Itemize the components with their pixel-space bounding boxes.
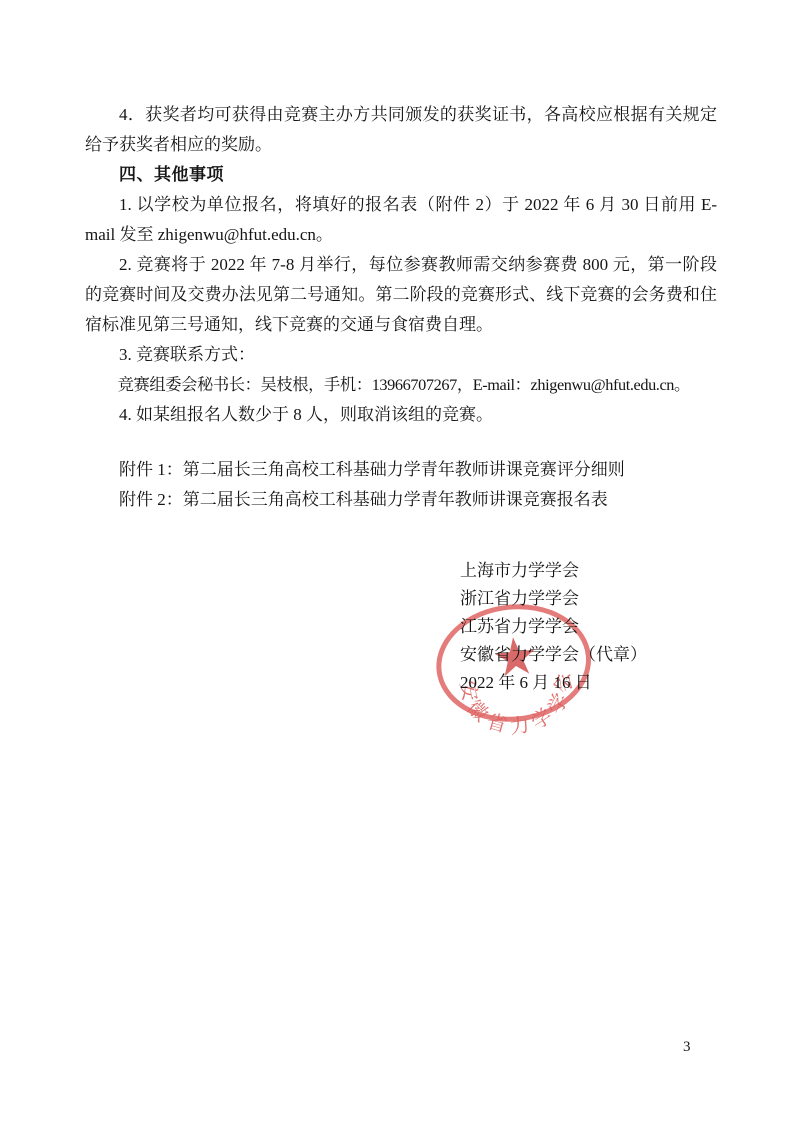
paragraph-awards: 4．获奖者均可获得由竞赛主办方共同颁发的获奖证书，各高校应根据有关规定给予获奖者… — [85, 100, 717, 160]
paragraph-item1-registration: 1. 以学校为单位报名，将填好的报名表（附件 2）于 2022 年 6 月 30… — [85, 190, 717, 250]
page-number: 3 — [683, 1037, 691, 1057]
signature-date: 2022 年 6 月 16 日 — [460, 669, 647, 697]
signature-line-jiangsu: 江苏省力学学会 — [460, 613, 647, 641]
paragraph-item4-cancellation: 4. 如某组报名人数少于 8 人，则取消该组的竞赛。 — [85, 400, 717, 430]
paragraph-item2-schedule-fees: 2. 竞赛将于 2022 年 7-8 月举行，每位参赛教师需交纳参赛费 800 … — [85, 250, 717, 340]
section-heading-other-matters: 四、其他事项 — [85, 160, 717, 190]
attachment-1-label: 附件 1：第二届长三角高校工科基础力学青年教师讲课竞赛评分细则 — [85, 455, 717, 485]
signature-line-shanghai: 上海市力学学会 — [460, 557, 647, 585]
document-page: 4．获奖者均可获得由竞赛主办方共同颁发的获奖证书，各高校应根据有关规定给予获奖者… — [0, 0, 794, 1123]
paragraph-item3-contact-heading: 3. 竞赛联系方式： — [85, 340, 717, 370]
attachment-2-label: 附件 2：第二届长三角高校工科基础力学青年教师讲课竞赛报名表 — [85, 485, 717, 515]
paragraph-contact-info: 竞赛组委会秘书长：吴枝根，手机：13966707267，E-mail：zhige… — [85, 370, 717, 400]
signature-line-zhejiang: 浙江省力学学会 — [460, 585, 647, 613]
signature-block: 上海市力学学会 浙江省力学学会 江苏省力学学会 安徽省力学学会（代章） 2022… — [460, 557, 647, 697]
signature-line-anhui: 安徽省力学学会（代章） — [460, 641, 647, 669]
document-content: 4．获奖者均可获得由竞赛主办方共同颁发的获奖证书，各高校应根据有关规定给予获奖者… — [85, 100, 717, 515]
